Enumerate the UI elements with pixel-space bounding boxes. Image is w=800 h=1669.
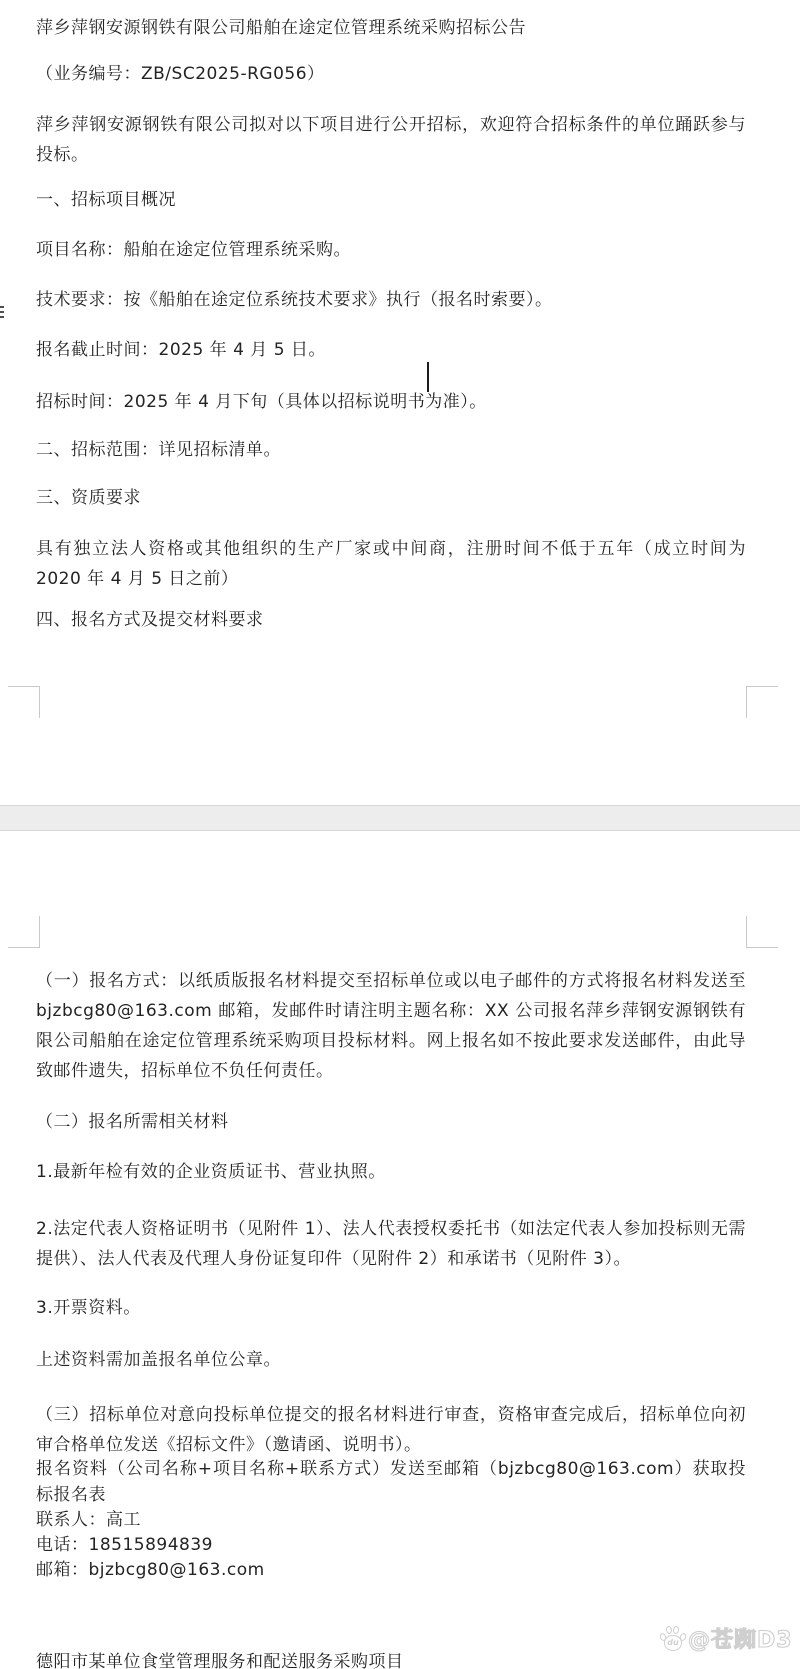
left-edge-glyph-fragment xyxy=(0,306,4,320)
materials-heading: （二）报名所需相关材料 xyxy=(36,1110,746,1134)
stamp-note: 上述资料需加盖报名单位公章。 xyxy=(36,1348,746,1372)
material-item-3: 3.开票资料。 xyxy=(36,1296,746,1320)
watermark: du @苍踟D3 xyxy=(660,1624,793,1652)
contact-person-line: 联系人：高工 xyxy=(36,1508,746,1532)
material-item-1: 1.最新年检有效的企业资质证书、营业执照。 xyxy=(36,1160,746,1184)
signup-info-paragraph: 报名资料（公司名称+项目名称+联系方式）发送至邮箱（bjzbcg80@163.c… xyxy=(36,1456,746,1508)
section1-heading: 一、招标项目概况 xyxy=(36,188,746,212)
intro-paragraph: 萍乡萍钢安源钢铁有限公司拟对以下项目进行公开招标，欢迎符合招标条件的单位踊跃参与… xyxy=(36,110,746,170)
page2-top-left-boundary-mark xyxy=(8,916,40,948)
qualification-paragraph: 具有独立法人资格或其他组织的生产厂家或中间商，注册时间不低于五年（成立时间为 2… xyxy=(36,534,746,594)
doc-title: 萍乡萍钢安源钢铁有限公司船舶在途定位管理系统采购招标公告 xyxy=(36,16,746,40)
section2-heading: 二、招标范围：详见招标清单。 xyxy=(36,438,746,462)
business-number: （业务编号：ZB/SC2025-RG056） xyxy=(36,62,746,86)
next-document-title-cutoff: 德阳市某单位食堂管理服务和配送服务采购项目 xyxy=(36,1650,746,1669)
page2-top-right-boundary-mark xyxy=(746,916,778,948)
paw-label: du xyxy=(667,1639,678,1647)
section4-heading: 四、报名方式及提交材料要求 xyxy=(36,608,746,632)
signup-deadline-line: 报名截止时间：2025 年 4 月 5 日。 xyxy=(36,338,746,362)
page-separator-band xyxy=(0,805,800,831)
watermark-handle: @苍踟D3 xyxy=(688,1623,793,1654)
section3-heading: 三、资质要求 xyxy=(36,486,746,510)
material-item-2: 2.法定代表人资格证明书（见附件 1）、法人代表授权委托书（如法定代表人参加投标… xyxy=(36,1214,746,1274)
baidu-paw-icon: du xyxy=(660,1625,686,1652)
text-cursor xyxy=(427,362,429,392)
phone-line: 电话：18515894839 xyxy=(36,1533,746,1557)
page1-bottom-right-boundary-mark xyxy=(746,686,778,718)
review-paragraph: （三）招标单位对意向投标单位提交的报名材料进行审查，资格审查完成后，招标单位向初… xyxy=(36,1400,746,1460)
project-name-line: 项目名称：船舶在途定位管理系统采购。 xyxy=(36,238,746,262)
signup-method-paragraph: （一）报名方式：以纸质版报名材料提交至招标单位或以电子邮件的方式将报名材料发送至… xyxy=(36,966,746,1086)
page1-bottom-left-boundary-mark xyxy=(8,686,40,718)
bid-time-line: 招标时间：2025 年 4 月下旬（具体以招标说明书为准）。 xyxy=(36,390,746,414)
email-line: 邮箱：bjzbcg80@163.com xyxy=(36,1558,746,1582)
tech-requirement-line: 技术要求：按《船舶在途定位系统技术要求》执行（报名时索要）。 xyxy=(36,288,746,312)
